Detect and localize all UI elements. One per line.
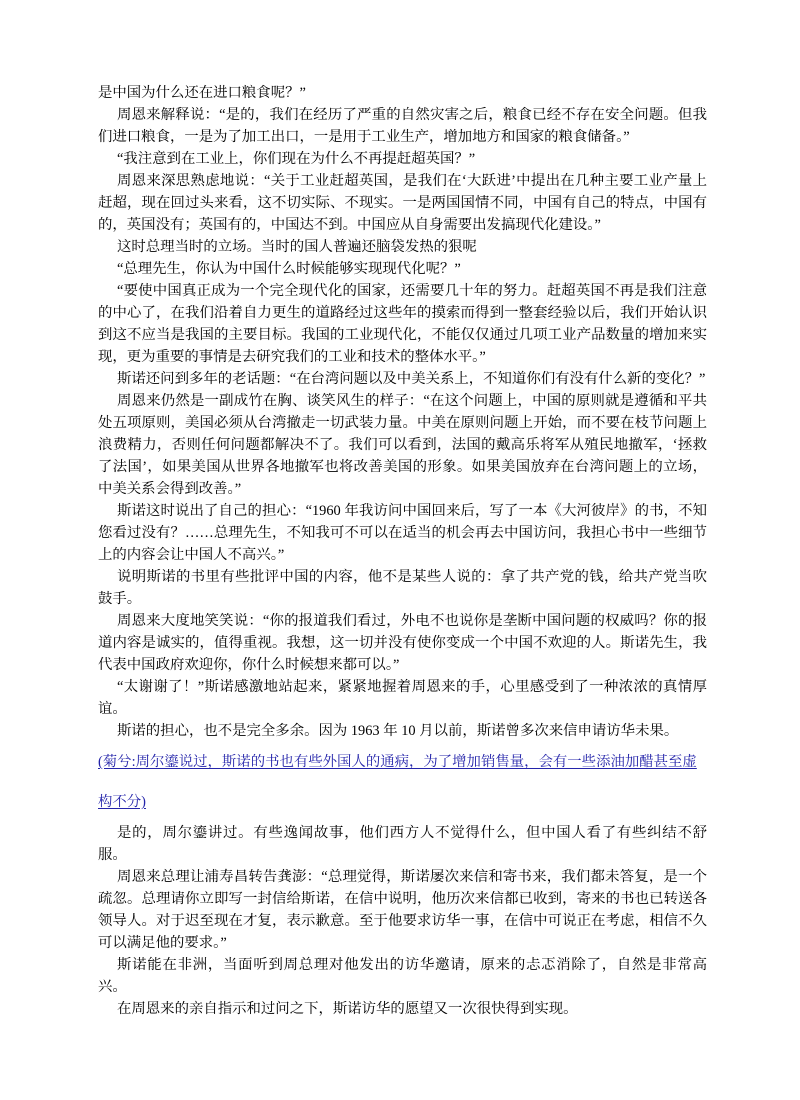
paragraph: 这时总理当时的立场。当时的国人普遍还脑袋发热的狠呢 xyxy=(98,236,707,258)
paragraph: 斯诺还问到多年的老话题：“在台湾问题以及中美关系上，不知道你们有没有什么新的变化… xyxy=(98,368,707,390)
paragraph: “太谢谢了！”斯诺感激地站起来，紧紧地握着周恩来的手，心里感受到了一种浓浓的真情… xyxy=(98,676,707,720)
paragraph: 说明斯诺的书里有些批评中国的内容，他不是某些人说的：拿了共产党的钱，给共产党当吹… xyxy=(98,566,707,610)
paragraph: 是中国为什么还在进口粮食呢？” xyxy=(98,82,707,104)
text-block: 是中国为什么还在进口粮食呢？”周恩来解释说：“是的，我们在经历了严重的自然灾害之… xyxy=(98,82,707,1020)
paragraph: “总理先生，你认为中国什么时候能够实现现代化呢？” xyxy=(98,258,707,280)
paragraph: “要使中国真正成为一个完全现代化的国家，还需要几十年的努力。赶超英国不再是我们注… xyxy=(98,280,707,368)
paragraph: 斯诺的担心，也不是完全多余。因为 1963 年 10 月以前，斯诺曾多次来信申请… xyxy=(98,720,707,742)
annotation-paragraph: (菊兮:周尔鎏说过，斯诺的书也有些外国人的通病，为了增加销售量，会有一些添油加醋… xyxy=(98,742,707,822)
paragraph: 斯诺这时说出了自己的担心：“1960 年我访问中国回来后，写了一本《大河彼岸》的… xyxy=(98,500,707,566)
paragraph: 周恩来总理让浦寿昌转告龚澎：“总理觉得，斯诺屡次来信和寄书来，我们都未答复，是一… xyxy=(98,866,707,954)
paragraph: 在周恩来的亲自指示和过问之下，斯诺访华的愿望又一次很快得到实现。 xyxy=(98,998,707,1020)
paragraph: 周恩来深思熟虑地说：“关于工业赶超英国，是我们在‘大跃进’中提出在几种主要工业产… xyxy=(98,170,707,236)
paragraph: “我注意到在工业上，你们现在为什么不再提赶超英国？” xyxy=(98,148,707,170)
paragraph: 周恩来仍然是一副成竹在胸、谈笑风生的样子：“在这个问题上，中国的原则就是遵循和平… xyxy=(98,390,707,500)
paragraph: 斯诺能在非洲，当面听到周总理对他发出的访华邀请，原来的忐忑消除了，自然是非常高兴… xyxy=(98,954,707,998)
paragraph: 周恩来解释说：“是的，我们在经历了严重的自然灾害之后，粮食已经不存在安全问题。但… xyxy=(98,104,707,148)
document-page: 是中国为什么还在进口粮食呢？”周恩来解释说：“是的，我们在经历了严重的自然灾害之… xyxy=(0,0,800,1100)
paragraph: 是的，周尔鎏讲过。有些逸闻故事，他们西方人不觉得什么，但中国人看了有些纠结不舒服… xyxy=(98,822,707,866)
paragraph: 周恩来大度地笑笑说：“你的报道我们看过，外电不也说你是垄断中国问题的权威吗？你的… xyxy=(98,610,707,676)
